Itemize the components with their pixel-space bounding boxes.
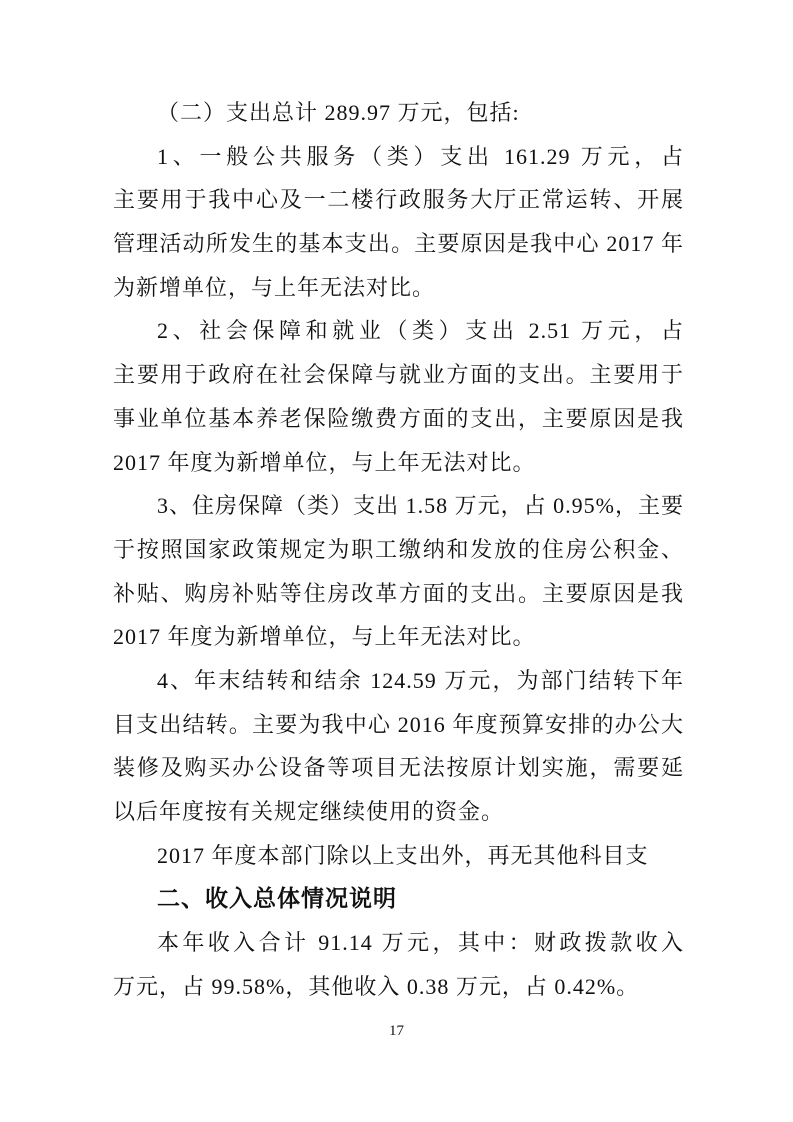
expenditure-item3-line: 于按照国家政策规定为职工缴纳和发放的住房公积金、提租: [113, 528, 684, 572]
expenditure-closing-line: 2017 年度本部门除以上支出外，再无其他科目支出。: [113, 834, 684, 878]
document-page: （二）支出总计 289.97 万元，包括: 1、一般公共服务（类）支出 161.…: [0, 0, 793, 1122]
page-number: 17: [0, 1021, 793, 1041]
expenditure-item2-line: 2、社会保障和就业（类）支出 2.51 万元，占 1.52%,: [113, 309, 684, 353]
expenditure-item4-line: 以后年度按有关规定继续使用的资金。: [113, 790, 684, 834]
document-body: （二）支出总计 289.97 万元，包括: 1、一般公共服务（类）支出 161.…: [113, 91, 684, 1008]
expenditure-item3-line: 补贴、购房补贴等住房改革方面的支出。主要原因是我中心: [113, 572, 684, 616]
expenditure-item3-line: 2017 年度为新增单位，与上年无法对比。: [113, 615, 684, 659]
expenditure-item1-line: 主要用于我中心及一二楼行政服务大厅正常运转、开展公共: [113, 178, 684, 222]
income-line: 万元，占 99.58%，其他收入 0.38 万元，占 0.42%。: [113, 965, 684, 1009]
expenditure-item1-line: 1、一般公共服务（类）支出 161.29 万元，占 97.53%,: [113, 135, 684, 179]
expenditure-item4-line: 目支出结转。主要为我中心 2016 年度预算安排的办公大楼: [113, 703, 684, 747]
expenditure-item1-line: 为新增单位，与上年无法对比。: [113, 266, 684, 310]
expenditure-item3-line: 3、住房保障（类）支出 1.58 万元，占 0.95%，主要用: [113, 484, 684, 528]
expenditure-item2-line: 事业单位基本养老保险缴费方面的支出，主要原因是我中心: [113, 397, 684, 441]
expenditure-item1-line: 管理活动所发生的基本支出。主要原因是我中心 2017 年度: [113, 222, 684, 266]
income-line: 本年收入合计 91.14 万元，其中：财政拨款收入 90.76: [113, 921, 684, 965]
expenditure-item4-line: 装修及购买办公设备等项目无法按原计划实施，需要延迟到: [113, 746, 684, 790]
expenditure-item2-line: 2017 年度为新增单位，与上年无法对比。: [113, 441, 684, 485]
income-section-heading: 二、收入总体情况说明: [113, 877, 684, 921]
expenditure-item4-line: 4、年末结转和结余 124.59 万元，为部门结转下年的项: [113, 659, 684, 703]
expenditure-intro-line: （二）支出总计 289.97 万元，包括:: [113, 91, 684, 135]
expenditure-item2-line: 主要用于政府在社会保障与就业方面的支出。主要用于机关: [113, 353, 684, 397]
